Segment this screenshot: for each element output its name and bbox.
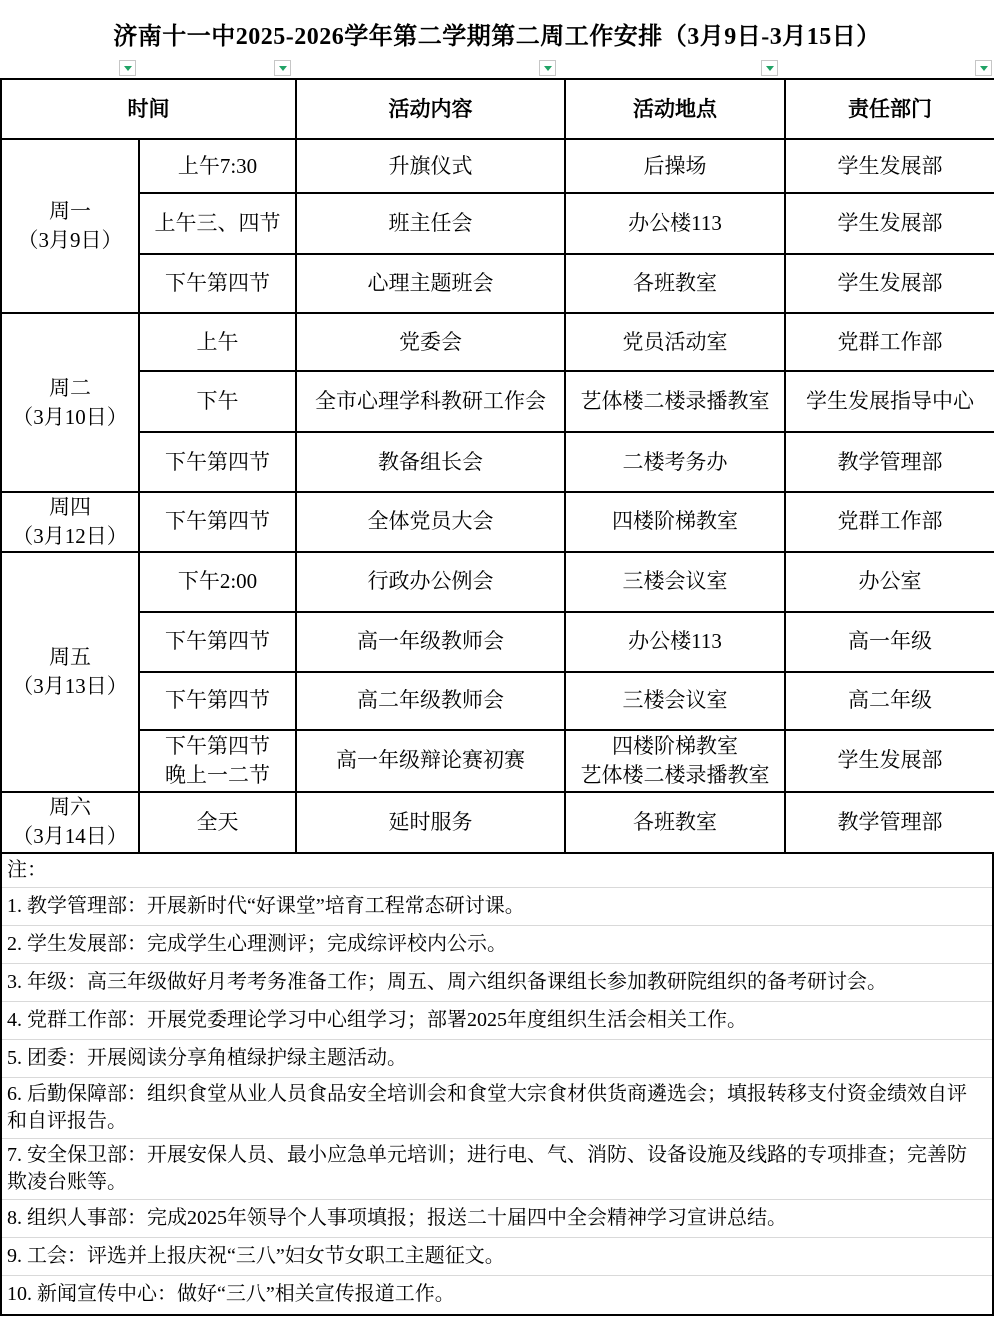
activity-cell: 升旗仪式	[296, 139, 565, 193]
filter-arrow-icon	[980, 66, 988, 71]
schedule-table: 时间 活动内容 活动地点 责任部门 周一 （3月9日） 上午7:30 升旗仪式 …	[0, 78, 994, 854]
note-item: 4. 党群工作部：开展党委理论学习中心组学习；部署2025年度组织生活会相关工作…	[2, 1002, 992, 1040]
time-cell: 上午三、四节	[139, 193, 296, 254]
note-item: 7. 安全保卫部：开展安保人员、最小应急单元培训；进行电、气、消防、设备设施及线…	[2, 1139, 992, 1200]
department-cell: 学生发展指导中心	[785, 371, 994, 432]
location-cell: 办公楼113	[565, 193, 785, 254]
note-item: 3. 年级：高三年级做好月考考务准备工作；周五、周六组织备课组长参加教研院组织的…	[2, 964, 992, 1002]
location-cell: 四楼阶梯教室 艺体楼二楼录播教室	[565, 730, 785, 792]
location-cell: 二楼考务办	[565, 432, 785, 492]
location-cell: 三楼会议室	[565, 552, 785, 612]
activity-cell: 全市心理学科教研工作会	[296, 371, 565, 432]
page-title: 济南十一中2025-2026学年第二学期第二周工作安排（3月9日-3月15日）	[113, 16, 880, 51]
time-cell: 上午	[139, 313, 296, 371]
column-header-time: 时间	[1, 79, 296, 139]
department-cell: 党群工作部	[785, 313, 994, 371]
notes-label: 注：	[2, 854, 992, 888]
activity-cell: 教备组长会	[296, 432, 565, 492]
time-cell: 下午第四节	[139, 672, 296, 730]
activity-cell: 行政办公例会	[296, 552, 565, 612]
department-cell: 学生发展部	[785, 254, 994, 313]
filter-arrow-icon	[279, 66, 287, 71]
filter-arrow-icon	[124, 66, 132, 71]
table-row: 下午第四节 心理主题班会 各班教室 学生发展部	[1, 254, 994, 313]
spreadsheet: 济南十一中2025-2026学年第二学期第二周工作安排（3月9日-3月15日） …	[0, 0, 994, 1320]
filter-dropdown-location[interactable]	[761, 60, 778, 76]
location-cell: 四楼阶梯教室	[565, 492, 785, 552]
time-cell: 下午	[139, 371, 296, 432]
department-cell: 高二年级	[785, 672, 994, 730]
column-header-activity: 活动内容	[296, 79, 565, 139]
location-cell: 艺体楼二楼录播教室	[565, 371, 785, 432]
note-item: 9. 工会：评选并上报庆祝“三八”妇女节女职工主题征文。	[2, 1238, 992, 1276]
department-cell: 学生发展部	[785, 193, 994, 254]
filter-arrow-icon	[544, 66, 552, 71]
location-cell: 各班教室	[565, 254, 785, 313]
activity-cell: 延时服务	[296, 792, 565, 853]
note-item: 2. 学生发展部：完成学生心理测评；完成综评校内公示。	[2, 926, 992, 964]
time-cell: 下午第四节	[139, 612, 296, 672]
note-item: 5. 团委：开展阅读分享角植绿护绿主题活动。	[2, 1040, 992, 1078]
table-row: 周二 （3月10日） 上午 党委会 党员活动室 党群工作部	[1, 313, 994, 371]
table-row: 下午第四节 晚上一二节 高一年级辩论赛初赛 四楼阶梯教室 艺体楼二楼录播教室 学…	[1, 730, 994, 792]
filter-arrow-icon	[766, 66, 774, 71]
location-cell: 三楼会议室	[565, 672, 785, 730]
time-cell: 全天	[139, 792, 296, 853]
day-cell: 周二 （3月10日）	[1, 313, 139, 492]
day-cell: 周四 （3月12日）	[1, 492, 139, 552]
header-row: 时间 活动内容 活动地点 责任部门	[1, 79, 994, 139]
notes-section: 注： 1. 教学管理部：开展新时代“好课堂”培育工程常态研讨课。 2. 学生发展…	[0, 854, 994, 1316]
table-row: 下午第四节 高一年级教师会 办公楼113 高一年级	[1, 612, 994, 672]
note-item: 10. 新闻宣传中心：做好“三八”相关宣传报道工作。	[2, 1276, 992, 1314]
filter-dropdown-department[interactable]	[975, 60, 992, 76]
location-cell: 党员活动室	[565, 313, 785, 371]
activity-cell: 党委会	[296, 313, 565, 371]
table-row: 周六 （3月14日） 全天 延时服务 各班教室 教学管理部	[1, 792, 994, 853]
table-row: 下午 全市心理学科教研工作会 艺体楼二楼录播教室 学生发展指导中心	[1, 371, 994, 432]
time-cell: 下午第四节	[139, 432, 296, 492]
location-cell: 办公楼113	[565, 612, 785, 672]
note-item: 8. 组织人事部：完成2025年领导个人事项填报；报送二十届四中全会精神学习宣讲…	[2, 1200, 992, 1238]
department-cell: 学生发展部	[785, 730, 994, 792]
activity-cell: 高一年级辩论赛初赛	[296, 730, 565, 792]
day-cell: 周六 （3月14日）	[1, 792, 139, 853]
department-cell: 教学管理部	[785, 432, 994, 492]
table-row: 周五 （3月13日） 下午2:00 行政办公例会 三楼会议室 办公室	[1, 552, 994, 612]
time-cell: 上午7:30	[139, 139, 296, 193]
time-cell: 下午第四节 晚上一二节	[139, 730, 296, 792]
filter-dropdown-day[interactable]	[119, 60, 136, 76]
filter-dropdown-activity[interactable]	[539, 60, 556, 76]
location-cell: 后操场	[565, 139, 785, 193]
day-cell: 周一 （3月9日）	[1, 139, 139, 313]
filter-dropdown-time[interactable]	[274, 60, 291, 76]
day-cell: 周五 （3月13日）	[1, 552, 139, 792]
department-cell: 办公室	[785, 552, 994, 612]
table-row: 周四 （3月12日） 下午第四节 全体党员大会 四楼阶梯教室 党群工作部	[1, 492, 994, 552]
table-row: 下午第四节 教备组长会 二楼考务办 教学管理部	[1, 432, 994, 492]
activity-cell: 心理主题班会	[296, 254, 565, 313]
department-cell: 教学管理部	[785, 792, 994, 853]
activity-cell: 高一年级教师会	[296, 612, 565, 672]
activity-cell: 高二年级教师会	[296, 672, 565, 730]
column-header-location: 活动地点	[565, 79, 785, 139]
department-cell: 党群工作部	[785, 492, 994, 552]
activity-cell: 全体党员大会	[296, 492, 565, 552]
title-band: 济南十一中2025-2026学年第二学期第二周工作安排（3月9日-3月15日）	[0, 0, 994, 78]
table-row: 周一 （3月9日） 上午7:30 升旗仪式 后操场 学生发展部	[1, 139, 994, 193]
table-row: 上午三、四节 班主任会 办公楼113 学生发展部	[1, 193, 994, 254]
time-cell: 下午第四节	[139, 492, 296, 552]
note-item: 6. 后勤保障部：组织食堂从业人员食品安全培训会和食堂大宗食材供货商遴选会；填报…	[2, 1078, 992, 1139]
department-cell: 学生发展部	[785, 139, 994, 193]
table-row: 下午第四节 高二年级教师会 三楼会议室 高二年级	[1, 672, 994, 730]
location-cell: 各班教室	[565, 792, 785, 853]
time-cell: 下午第四节	[139, 254, 296, 313]
department-cell: 高一年级	[785, 612, 994, 672]
column-header-department: 责任部门	[785, 79, 994, 139]
note-item: 1. 教学管理部：开展新时代“好课堂”培育工程常态研讨课。	[2, 888, 992, 926]
activity-cell: 班主任会	[296, 193, 565, 254]
time-cell: 下午2:00	[139, 552, 296, 612]
